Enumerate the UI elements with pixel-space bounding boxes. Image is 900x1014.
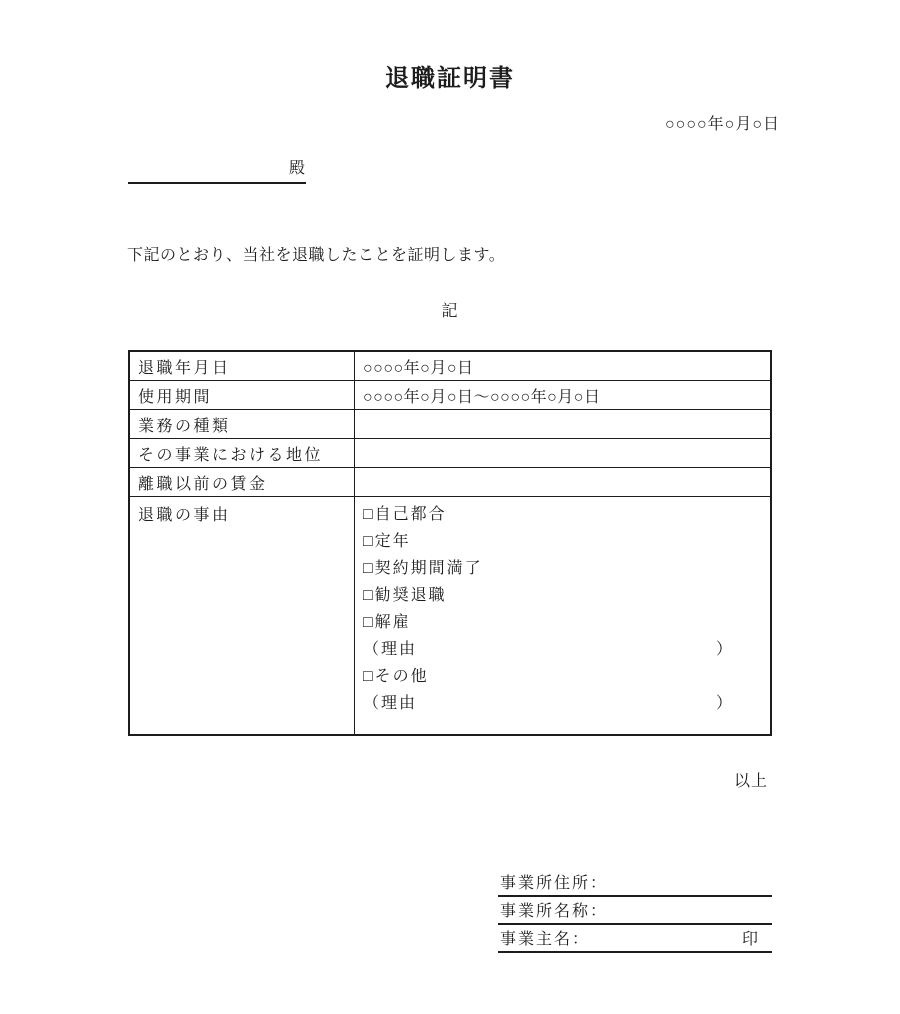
reason-option-mandatory-age: □定年 — [363, 528, 770, 555]
recipient-honorific: 殿 — [289, 160, 306, 177]
issue-date: ○○○○年○月○日 — [665, 111, 780, 134]
table-row-wage: 離職以前の賃金 — [130, 468, 770, 497]
employer-name-label: 事業主名： — [500, 926, 590, 949]
checkbox-icon: □ — [363, 560, 373, 577]
recipient-name-line: 殿 — [128, 155, 306, 184]
business-name-line: 事業所名称： — [498, 897, 772, 925]
reason-options-cell: □自己都合 □定年 □契約期間満了 □勧奨退職 □解雇 （理由 ） — [355, 497, 770, 734]
declaration-text: 下記のとおり、当社を退職したことを証明します。 — [127, 242, 505, 265]
row-label: 使用期間 — [130, 381, 355, 409]
row-value — [355, 410, 770, 438]
option-label: 契約期間満了 — [375, 560, 483, 577]
checkbox-icon: □ — [363, 668, 373, 685]
table-row-retirement-reason: 退職の事由 □自己都合 □定年 □契約期間満了 □勧奨退職 □解雇 — [130, 497, 770, 734]
row-label: その事業における地位 — [130, 439, 355, 467]
table-row-position: その事業における地位 — [130, 439, 770, 468]
reason-close-paren: ） — [716, 690, 734, 717]
option-label: 解雇 — [375, 614, 411, 631]
option-label: その他 — [375, 668, 429, 685]
table-row-retirement-date: 退職年月日 ○○○○年○月○日 — [130, 352, 770, 381]
checkbox-icon: □ — [363, 533, 373, 550]
retirement-certificate-document: 退職証明書 ○○○○年○月○日 殿 下記のとおり、当社を退職したことを証明します… — [0, 0, 900, 1014]
closing-marker: 以上 — [734, 768, 768, 791]
business-name-label: 事業所名称： — [500, 898, 608, 921]
employer-name-line: 事業主名： 印 — [498, 925, 772, 953]
record-marker: 記 — [0, 298, 900, 321]
reason-open-paren: （理由 — [363, 690, 417, 717]
row-value — [355, 468, 770, 496]
option-label: 定年 — [375, 533, 411, 550]
reason-open-paren: （理由 — [363, 636, 417, 663]
other-reason-blank-line: （理由 ） — [363, 690, 770, 717]
business-address-line: 事業所住所： — [498, 869, 772, 897]
row-label: 離職以前の賃金 — [130, 468, 355, 496]
row-label: 退職の事由 — [130, 497, 355, 734]
signature-block: 事業所住所： 事業所名称： 事業主名： 印 — [498, 869, 772, 953]
row-value — [355, 439, 770, 467]
certificate-table: 退職年月日 ○○○○年○月○日 使用期間 ○○○○年○月○日～○○○○年○月○日… — [128, 350, 772, 736]
row-label: 退職年月日 — [130, 352, 355, 380]
reason-close-paren: ） — [716, 636, 734, 663]
table-row-employment-period: 使用期間 ○○○○年○月○日～○○○○年○月○日 — [130, 381, 770, 410]
row-value: ○○○○年○月○日～○○○○年○月○日 — [355, 381, 770, 409]
checkbox-icon: □ — [363, 614, 373, 631]
option-label: 自己都合 — [375, 506, 447, 523]
option-label: 勧奨退職 — [375, 587, 447, 604]
row-label: 業務の種類 — [130, 410, 355, 438]
reason-option-encouraged-retirement: □勧奨退職 — [363, 582, 770, 609]
reason-option-dismissal: □解雇 — [363, 609, 770, 636]
checkbox-icon: □ — [363, 587, 373, 604]
seal-mark: 印 — [742, 926, 772, 949]
dismissal-reason-blank-line: （理由 ） — [363, 636, 770, 663]
table-row-business-type: 業務の種類 — [130, 410, 770, 439]
row-value: ○○○○年○月○日 — [355, 352, 770, 380]
checkbox-icon: □ — [363, 506, 373, 523]
reason-option-personal: □自己都合 — [363, 501, 770, 528]
reason-option-contract-expiry: □契約期間満了 — [363, 555, 770, 582]
reason-option-other: □その他 — [363, 663, 770, 690]
business-address-label: 事業所住所： — [500, 870, 608, 893]
document-title: 退職証明書 — [0, 58, 900, 93]
